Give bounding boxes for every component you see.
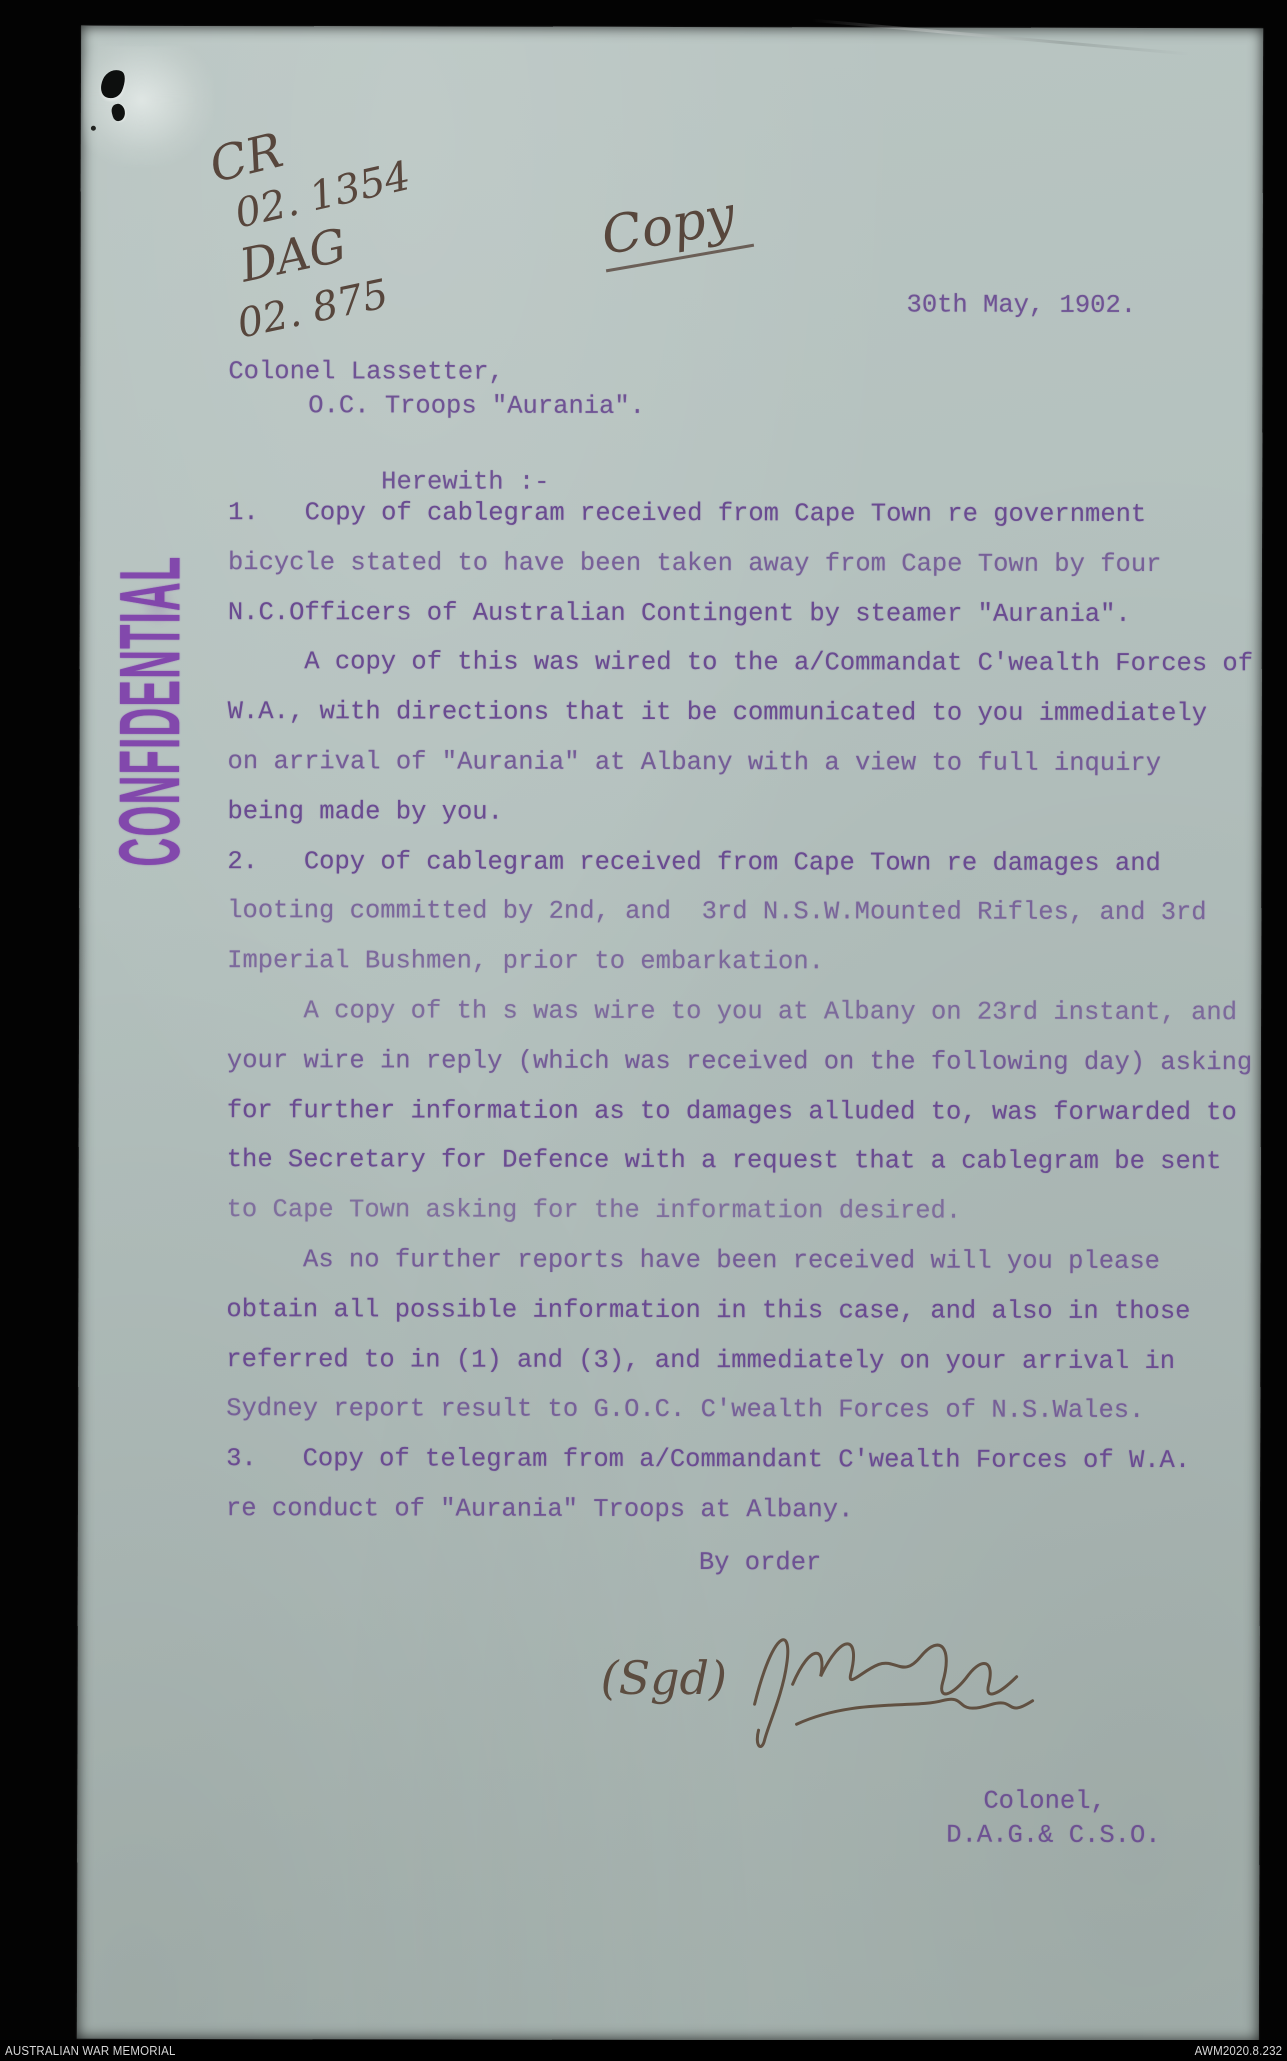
body-line: A copy of this was wired to the a/Comman…	[228, 637, 1253, 689]
body-line: As no further reports have been received…	[226, 1235, 1251, 1287]
signatory-rank: Colonel,	[983, 1787, 1105, 1816]
handwritten-copy-note: Copy	[595, 183, 754, 273]
body-line: N.C.Officers of Australian Contingent by…	[228, 588, 1253, 640]
letter-date: 30th May, 1902.	[906, 290, 1136, 319]
body-line: for further information as to damages al…	[227, 1086, 1252, 1138]
body-line: Sydney report result to G.O.C. C'wealth …	[226, 1384, 1251, 1436]
signatory-title: D.A.G.& C.S.O.	[946, 1821, 1160, 1850]
body-line: obtain all possible information in this …	[226, 1285, 1251, 1337]
body-line: re conduct of "Aurania" Troops at Albany…	[226, 1484, 1251, 1536]
paper-speck	[91, 126, 96, 131]
paper-crease	[83, 46, 213, 166]
signature-scrawl: (Sgd)	[596, 1612, 1056, 1773]
body-line: to Cape Town asking for the information …	[227, 1185, 1252, 1237]
body-line: 1. Copy of cablegram received from Cape …	[228, 488, 1253, 540]
body-line: on arrival of "Aurania" at Albany with a…	[228, 737, 1253, 789]
body-line: the Secretary for Defence with a request…	[227, 1135, 1252, 1187]
sgd-text: (Sgd)	[601, 1651, 727, 1705]
body-line: bicycle stated to have been taken away f…	[228, 538, 1253, 590]
body-line: looting committed by 2nd, and 3rd N.S.W.…	[227, 886, 1252, 938]
letter-page: CONFIDENTIAL CR 02. 1354 DAG 02. 875 Cop…	[77, 26, 1263, 2041]
scanned-document: CONFIDENTIAL CR 02. 1354 DAG 02. 875 Cop…	[0, 0, 1287, 2061]
addressee-unit: O.C. Troops "Aurania".	[308, 391, 645, 421]
confidential-stamp: CONFIDENTIAL	[100, 373, 200, 1049]
archive-caption-bar: AUSTRALIAN WAR MEMORIAL AWM2020.8.232	[0, 2040, 1287, 2061]
addressee-name: Colonel Lassetter,	[228, 357, 504, 387]
archive-item-id: AWM2020.8.232	[1194, 2044, 1282, 2058]
body-line: Imperial Bushmen, prior to embarkation.	[227, 936, 1252, 988]
signature-block: (Sgd)	[596, 1612, 1056, 1773]
body-line: W.A., with directions that it be communi…	[228, 687, 1253, 739]
by-order-line: By order	[699, 1548, 821, 1577]
body-line: A copy of th s was wire to you at Albany…	[227, 986, 1252, 1038]
ink-smudge	[140, 581, 176, 627]
body-line: 3. Copy of telegram from a/Commandant C'…	[226, 1434, 1251, 1486]
archive-institution: AUSTRALIAN WAR MEMORIAL	[5, 2044, 176, 2058]
body-line: referred to in (1) and (3), and immediat…	[226, 1335, 1251, 1387]
body-line: your wire in reply (which was received o…	[227, 1036, 1252, 1088]
letter-body: 1. Copy of cablegram received from Cape …	[226, 488, 1253, 1536]
body-line: being made by you.	[227, 787, 1252, 839]
body-line: 2. Copy of cablegram received from Cape …	[227, 837, 1252, 889]
